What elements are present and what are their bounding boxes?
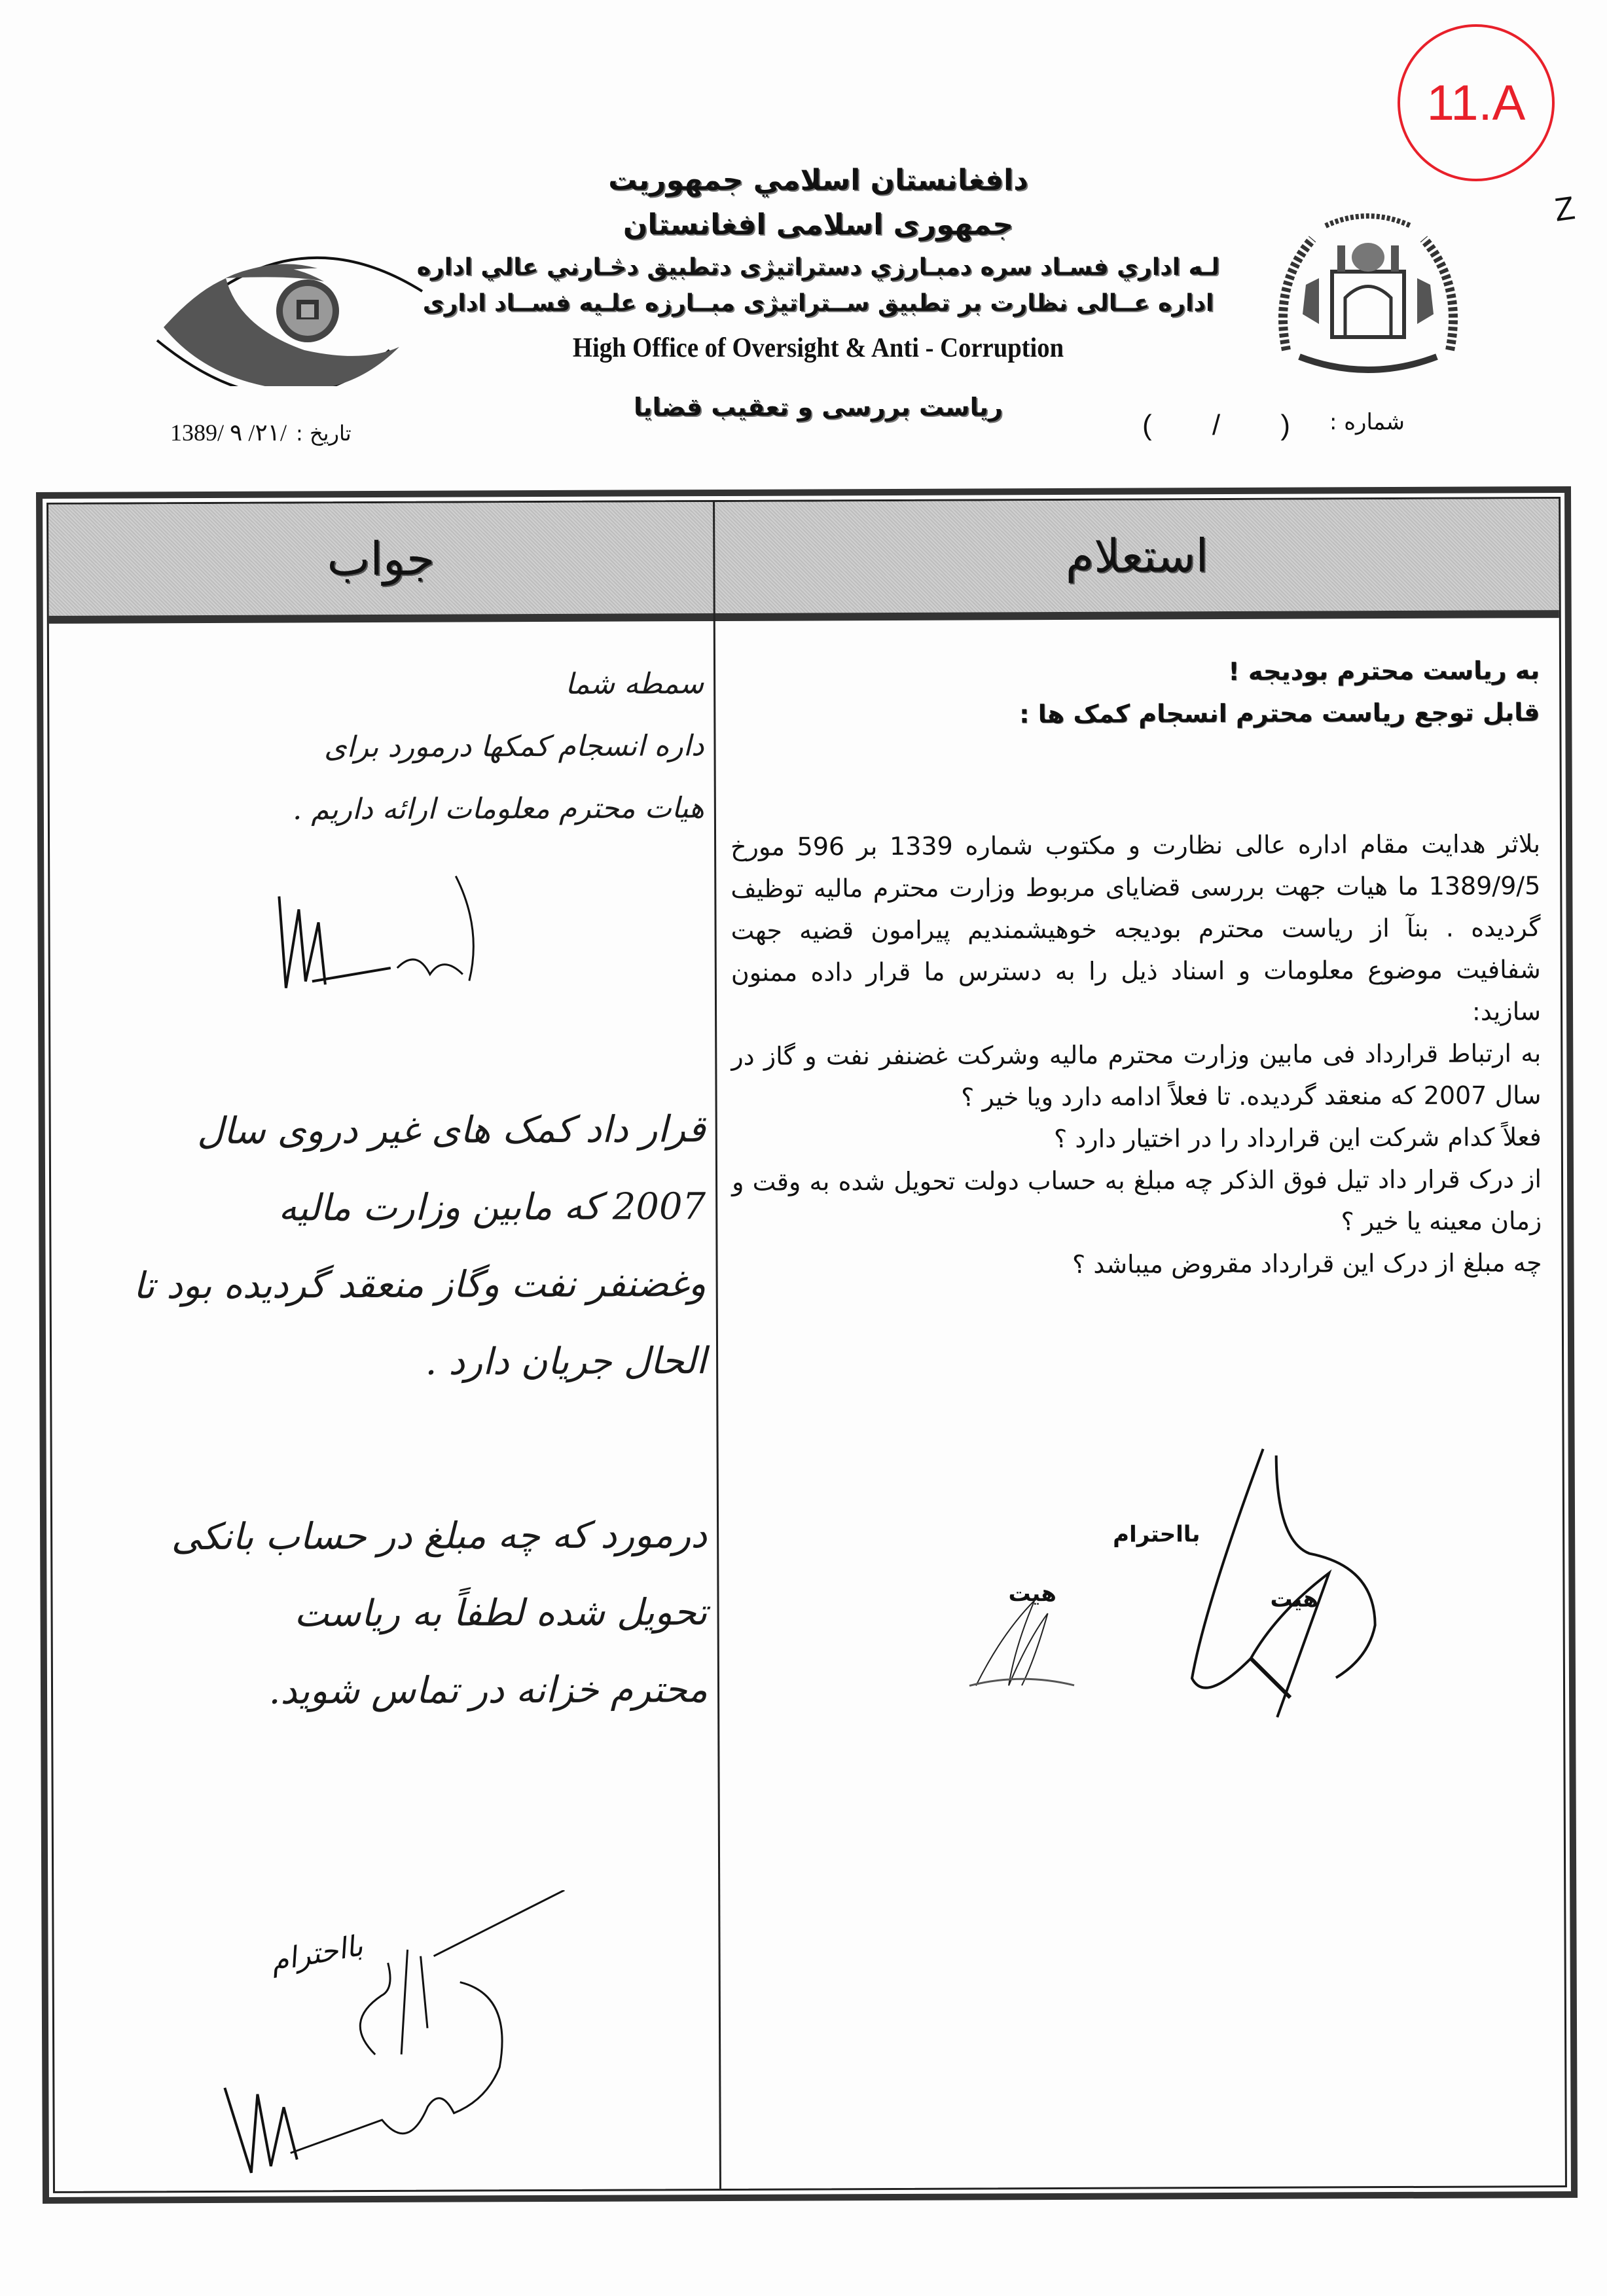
date-label: تاريخ : <box>296 421 352 446</box>
inquiry-salutation: به رياست محترم بوديجه ! قابل توجع رياست … <box>730 649 1540 736</box>
date-field: 1389/ ۹ /۲۱/ تاريخ : <box>170 419 352 446</box>
reference-number: شماره : ( / ) <box>1142 409 1405 442</box>
answer-body-1: قرار داد کمک های غير دروی سال 2007 که ما… <box>64 1091 707 1403</box>
handwritten-line: 2007 که مابين وزارت ماليه <box>64 1168 706 1248</box>
inquiry-paragraph: بلاثر هدايت مقام اداره عالی نظارت و مکتو… <box>731 823 1541 1035</box>
inquiry-response-table: جواب استعلام به رياست محترم بوديجه ! قاب… <box>36 486 1578 2204</box>
inquiry-body: بلاثر هدايت مقام اداره عالی نظارت و مکتو… <box>731 823 1542 1287</box>
date-value: 1389/ ۹ /۲۱/ <box>170 419 287 446</box>
reference-number-label: شماره : <box>1329 409 1405 442</box>
handwritten-line: تحويل شده لطفاً به رياست <box>65 1574 707 1654</box>
column-divider <box>713 502 721 2189</box>
handwritten-line: سمطه شما <box>62 653 704 717</box>
department-title: رياست بررسی و تعقيب قضايا <box>524 393 1113 422</box>
signature-icon <box>266 869 502 1001</box>
margin-mark: Z <box>1552 188 1577 229</box>
header-dari-office: اداره عــالى نظارت بر تطبيق ســتراتيژی م… <box>393 290 1244 317</box>
salutation-line: به رياست محترم بوديجه ! <box>730 649 1540 694</box>
signature-icon <box>1178 1442 1396 1731</box>
exhibit-label: 11.A <box>1398 24 1555 181</box>
salutation-line: قابل توجع رياست محترم انسجام کمک ها : <box>730 691 1540 736</box>
inquiry-question: به ارتباط قرارداد فی مابين وزارت محترم م… <box>731 1032 1541 1119</box>
exhibit-label-text: 11.A <box>1427 75 1526 132</box>
handwritten-line: هيات محترم معلومات ارائه داريم . <box>63 777 704 842</box>
column-header-inquiry: استعلام <box>715 499 1559 613</box>
handwritten-line: درمورد که چه مبلغ در حساب بانکی <box>65 1497 707 1577</box>
header-pashto-country: دافغانستان اسلامي جمهوريت <box>393 164 1244 197</box>
header-english-office: High Office of Oversight & Anti - Corrup… <box>427 332 1210 364</box>
national-emblem-icon <box>1260 200 1476 389</box>
header-pashto-office: لـه اداري فسـاد سره دمبـارزي دستراتيژی د… <box>393 254 1244 281</box>
answer-body-2: درمورد که چه مبلغ در حساب بانکی تحويل شد… <box>65 1497 708 1731</box>
inquiry-question: چه مبلغ از درک اين قرارداد مقروض ميباشد … <box>732 1242 1542 1287</box>
header-dari-country: جمهوری اسلامی افغانستان <box>393 208 1244 242</box>
handwritten-line: الحال جريان دارد . <box>65 1323 706 1403</box>
handwritten-line: محترم خزانه در تماس شويد. <box>66 1651 708 1731</box>
signature-icon <box>962 1594 1081 1693</box>
reference-number-value: ( / ) <box>1142 409 1316 442</box>
inquiry-question: از درک قرار داد تيل فوق الذکر چه مبلغ به… <box>732 1158 1542 1245</box>
inquiry-question: فعلاً کدام شرکت اين قرارداد را در اختيار… <box>732 1116 1542 1161</box>
signature-icon <box>211 1890 579 2179</box>
answer-note-top: سمطه شما داره انسجام کمکها درمورد برای ه… <box>62 653 704 842</box>
handwritten-line: داره انسجام کمکها درمورد برای <box>62 715 704 780</box>
handwritten-line: قرار داد کمک های غير دروی سال <box>64 1091 706 1171</box>
table-header-row: جواب استعلام <box>48 499 1559 624</box>
column-header-answer: جواب <box>48 502 713 616</box>
handwritten-line: وغضنفر نفت وگاز منعقد گرديده بود تا <box>64 1246 706 1325</box>
